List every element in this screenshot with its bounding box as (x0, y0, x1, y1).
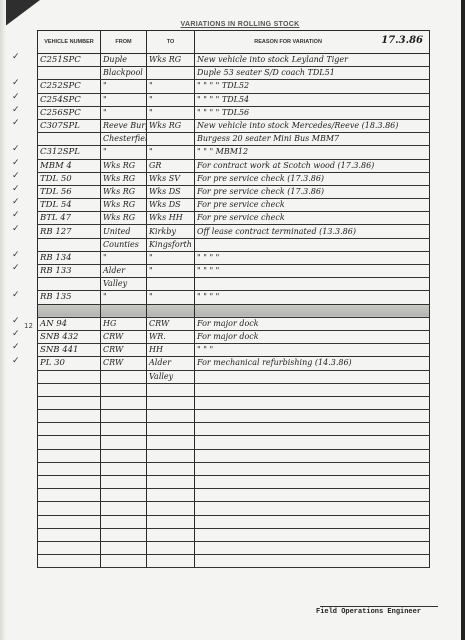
empty-cell (147, 476, 195, 489)
table-body: C251SPCDupleWks RGNew vehicle into stock… (38, 54, 430, 568)
table-row: RB 127UnitedKirkbyOff lease contract ter… (38, 225, 430, 238)
from-cell (101, 304, 147, 317)
empty-cell (195, 515, 430, 528)
vehicle-number-cell: MBM 4 (38, 159, 101, 172)
from-cell: Counties (101, 238, 147, 251)
to-cell: " (147, 291, 195, 304)
table-row: RB 134""" " " " (38, 251, 430, 264)
reason-cell: For major dock (195, 330, 430, 343)
empty-cell (38, 436, 101, 449)
empty-cell (101, 502, 147, 515)
check-mark-icon: ✓ (12, 290, 34, 300)
check-mark-icon: ✓ (12, 263, 34, 273)
table-row: TDL 56Wks RGWks DSFor pre service check … (38, 185, 430, 198)
check-mark-icon: ✓ (12, 329, 34, 339)
table-row: AN 94HGCRWFor major dock (38, 317, 430, 330)
reason-cell: New vehicle into stock Leyland Tiger (195, 54, 430, 67)
vehicle-number-cell: RB 133 (38, 265, 101, 278)
empty-cell (101, 528, 147, 541)
table-row: C254SPC""" " " " TDL54 (38, 93, 430, 106)
vehicle-number-cell: TDL 56 (38, 185, 101, 198)
vehicle-number-cell (38, 370, 101, 383)
empty-table-row (38, 541, 430, 554)
vehicle-number-cell: C307SPL (38, 119, 101, 132)
table-row: ChesterfieldBurgess 20 seater Mini Bus M… (38, 133, 430, 146)
empty-cell (38, 449, 101, 462)
to-cell: " (147, 251, 195, 264)
empty-cell (147, 515, 195, 528)
table-row: C252SPC""" " " " TDL52 (38, 80, 430, 93)
check-mark-icon: ✓ (12, 52, 34, 62)
to-cell: Wks HH (147, 212, 195, 225)
table-row: Valley (38, 370, 430, 383)
from-cell: Blackpool (101, 67, 147, 80)
vehicle-number-cell (38, 304, 101, 317)
from-cell: " (101, 80, 147, 93)
to-cell: " (147, 80, 195, 93)
empty-cell (195, 423, 430, 436)
to-cell: GR (147, 159, 195, 172)
empty-cell (101, 476, 147, 489)
empty-cell (101, 462, 147, 475)
to-cell: " (147, 106, 195, 119)
reason-cell: For pre service check (195, 212, 430, 225)
to-cell: Kirkby (147, 225, 195, 238)
check-mark-icon: ✓ (12, 105, 34, 115)
from-cell: CRW (101, 344, 147, 357)
to-cell (147, 67, 195, 80)
to-cell (147, 278, 195, 291)
check-mark-icon: ✓ (12, 184, 34, 194)
empty-cell (195, 396, 430, 409)
vehicle-number-cell: PL 30 (38, 357, 101, 370)
empty-cell (38, 515, 101, 528)
empty-table-row (38, 383, 430, 396)
vehicle-number-cell: SNB 441 (38, 344, 101, 357)
empty-cell (147, 436, 195, 449)
vehicle-number-cell: C252SPC (38, 80, 101, 93)
table-row: CountiesKingsforth (38, 238, 430, 251)
table-row: C312SPL""" " " MBM12 (38, 146, 430, 159)
empty-cell (38, 396, 101, 409)
check-mark-icon: ✓ (12, 197, 34, 207)
reason-cell: " " " " TDL56 (195, 106, 430, 119)
vehicle-number-cell: C254SPC (38, 93, 101, 106)
check-mark-icon: ✓ (12, 144, 34, 154)
from-cell: Reeve Burgess (101, 119, 147, 132)
empty-cell (147, 528, 195, 541)
vehicle-number-cell: BTL 47 (38, 212, 101, 225)
vehicle-number-cell: RB 135 (38, 291, 101, 304)
empty-cell (147, 502, 195, 515)
empty-table-row (38, 528, 430, 541)
vehicle-number-cell: RB 134 (38, 251, 101, 264)
to-cell: " (147, 265, 195, 278)
empty-cell (101, 410, 147, 423)
empty-cell (38, 502, 101, 515)
vehicle-number-cell: C312SPL (38, 146, 101, 159)
vehicle-number-cell: C251SPC (38, 54, 101, 67)
vehicle-number-cell (38, 133, 101, 146)
reason-cell: For major dock (195, 317, 430, 330)
empty-cell (195, 449, 430, 462)
reason-cell (195, 304, 430, 317)
from-cell: Wks RG (101, 199, 147, 212)
table-row: MBM 4Wks RGGRFor contract work at Scotch… (38, 159, 430, 172)
table-row (38, 304, 430, 317)
to-cell: Alder (147, 357, 195, 370)
column-header-reason: REASON FOR VARIATION 17.3.86 (195, 31, 430, 54)
table-row: PL 30CRWAlderFor mechanical refurbishing… (38, 357, 430, 370)
empty-table-row (38, 476, 430, 489)
margin-mark: 12 (24, 322, 33, 330)
table-row: SNB 441CRWHH" " " (38, 344, 430, 357)
from-cell: " (101, 251, 147, 264)
scan-edge-shadow (0, 0, 6, 640)
reason-cell: New vehicle into stock Mercedes/Reeve (1… (195, 119, 430, 132)
to-cell: Valley (147, 370, 195, 383)
reason-cell (195, 238, 430, 251)
to-cell: CRW (147, 317, 195, 330)
check-mark-icon: ✓ (12, 224, 34, 234)
check-mark-icon: ✓ (12, 92, 34, 102)
column-header-vehicle-number: VEHICLE NUMBER (38, 31, 101, 54)
empty-table-row (38, 502, 430, 515)
reason-cell (195, 370, 430, 383)
check-mark-icon: ✓ (12, 171, 34, 181)
to-cell: Wks SV (147, 172, 195, 185)
empty-cell (195, 436, 430, 449)
check-mark-icon: ✓ (12, 158, 34, 168)
reason-cell: For pre service check (17.3.86) (195, 185, 430, 198)
from-cell: CRW (101, 357, 147, 370)
column-header-from: FROM (101, 31, 147, 54)
from-cell: CRW (101, 330, 147, 343)
empty-cell (38, 410, 101, 423)
empty-cell (147, 541, 195, 554)
from-cell: Wks RG (101, 172, 147, 185)
reason-cell: For contract work at Scotch wood (17.3.8… (195, 159, 430, 172)
empty-table-row (38, 423, 430, 436)
signature-line (320, 606, 438, 607)
check-mark-icon: ✓ (12, 210, 34, 220)
vehicle-number-cell: AN 94 (38, 317, 101, 330)
empty-cell (147, 410, 195, 423)
variations-table: VEHICLE NUMBER FROM TO REASON FOR VARIAT… (37, 30, 430, 568)
to-cell: Wks RG (147, 54, 195, 67)
reason-cell: " " " " TDL52 (195, 80, 430, 93)
check-mark-icon: ✓ (12, 118, 34, 128)
reason-cell: " " " MBM12 (195, 146, 430, 159)
table-row: RB 133Alder"" " " " (38, 265, 430, 278)
to-cell: " (147, 146, 195, 159)
table-header-row: VEHICLE NUMBER FROM TO REASON FOR VARIAT… (38, 31, 430, 54)
vehicle-number-cell: C256SPC (38, 106, 101, 119)
empty-cell (147, 383, 195, 396)
scan-corner-shadow (0, 0, 40, 30)
empty-cell (38, 476, 101, 489)
empty-cell (38, 489, 101, 502)
empty-cell (38, 555, 101, 568)
table-row: Valley (38, 278, 430, 291)
empty-cell (195, 383, 430, 396)
empty-cell (101, 396, 147, 409)
empty-cell (38, 528, 101, 541)
reason-cell: " " " " (195, 265, 430, 278)
reason-cell: For mechanical refurbishing (14.3.86) (195, 357, 430, 370)
scan-right-edge (461, 0, 465, 640)
reason-cell: " " " " (195, 251, 430, 264)
empty-cell (101, 515, 147, 528)
empty-table-row (38, 515, 430, 528)
reason-cell: " " " (195, 344, 430, 357)
from-cell: " (101, 106, 147, 119)
empty-cell (195, 410, 430, 423)
to-cell (147, 133, 195, 146)
vehicle-number-cell (38, 67, 101, 80)
to-cell: Wks RG (147, 119, 195, 132)
to-cell: WR. (147, 330, 195, 343)
empty-cell (147, 423, 195, 436)
table-row: C307SPLReeve BurgessWks RGNew vehicle in… (38, 119, 430, 132)
to-cell: " (147, 93, 195, 106)
to-cell (147, 304, 195, 317)
reason-cell (195, 278, 430, 291)
table-row: BlackpoolDuple 53 seater S/D coach TDL51 (38, 67, 430, 80)
empty-table-row (38, 555, 430, 568)
empty-cell (195, 502, 430, 515)
table-row: C256SPC""" " " " TDL56 (38, 106, 430, 119)
empty-cell (101, 489, 147, 502)
from-cell: Valley (101, 278, 147, 291)
check-mark-icon: ✓ (12, 342, 34, 352)
empty-table-row (38, 410, 430, 423)
empty-cell (101, 541, 147, 554)
table-row: SNB 432CRWWR.For major dock (38, 330, 430, 343)
table-row: C251SPCDupleWks RGNew vehicle into stock… (38, 54, 430, 67)
empty-table-row (38, 462, 430, 475)
empty-cell (195, 555, 430, 568)
reason-cell: Burgess 20 seater Mini Bus MBM7 (195, 133, 430, 146)
check-mark-icon: ✓ (12, 250, 34, 260)
empty-cell (147, 555, 195, 568)
from-cell: Wks RG (101, 159, 147, 172)
empty-cell (101, 436, 147, 449)
vehicle-number-cell (38, 278, 101, 291)
reason-cell: " " " " TDL54 (195, 93, 430, 106)
vehicle-number-cell (38, 238, 101, 251)
reason-cell: For pre service check (195, 199, 430, 212)
table-row: RB 135""" " " " (38, 291, 430, 304)
empty-cell (101, 423, 147, 436)
from-cell: " (101, 146, 147, 159)
reason-header-label: REASON FOR VARIATION (254, 39, 322, 45)
from-cell: HG (101, 317, 147, 330)
from-cell: Alder (101, 265, 147, 278)
empty-cell (101, 449, 147, 462)
table-row: TDL 50Wks RGWks SVFor pre service check … (38, 172, 430, 185)
empty-table-row (38, 449, 430, 462)
reason-cell: For pre service check (17.3.86) (195, 172, 430, 185)
empty-cell (147, 449, 195, 462)
from-cell: " (101, 291, 147, 304)
reason-cell: Duple 53 seater S/D coach TDL51 (195, 67, 430, 80)
to-cell: Wks DS (147, 199, 195, 212)
vehicle-number-cell: TDL 50 (38, 172, 101, 185)
check-mark-icon: ✓ (12, 356, 34, 366)
empty-cell (38, 462, 101, 475)
empty-cell (38, 423, 101, 436)
empty-cell (147, 489, 195, 502)
vehicle-number-cell: RB 127 (38, 225, 101, 238)
empty-cell (101, 555, 147, 568)
empty-cell (195, 541, 430, 554)
empty-cell (38, 383, 101, 396)
from-cell: Chesterfield (101, 133, 147, 146)
empty-cell (147, 396, 195, 409)
column-header-to: TO (147, 31, 195, 54)
to-cell: HH (147, 344, 195, 357)
from-cell: Wks RG (101, 212, 147, 225)
header-date: 17.3.86 (381, 37, 423, 44)
empty-cell (195, 528, 430, 541)
empty-cell (195, 462, 430, 475)
empty-table-row (38, 436, 430, 449)
vehicle-number-cell: SNB 432 (38, 330, 101, 343)
empty-cell (195, 476, 430, 489)
rolling-stock-form: VEHICLE NUMBER FROM TO REASON FOR VARIAT… (37, 30, 430, 568)
from-cell: " (101, 93, 147, 106)
table-row: BTL 47Wks RGWks HHFor pre service check (38, 212, 430, 225)
vehicle-number-cell: TDL 54 (38, 199, 101, 212)
empty-table-row (38, 489, 430, 502)
to-cell: Wks DS (147, 185, 195, 198)
empty-cell (147, 462, 195, 475)
reason-cell: " " " " (195, 291, 430, 304)
from-cell (101, 370, 147, 383)
signature-label: Field Operations Engineer (316, 608, 421, 616)
from-cell: Wks RG (101, 185, 147, 198)
empty-cell (38, 541, 101, 554)
from-cell: United (101, 225, 147, 238)
empty-cell (195, 489, 430, 502)
from-cell: Duple (101, 54, 147, 67)
reason-cell: Off lease contract terminated (13.3.86) (195, 225, 430, 238)
document-title: VARIATIONS IN ROLLING STOCK (140, 21, 340, 28)
empty-cell (101, 383, 147, 396)
to-cell: Kingsforth (147, 238, 195, 251)
empty-table-row (38, 396, 430, 409)
table-row: TDL 54Wks RGWks DSFor pre service check (38, 199, 430, 212)
check-mark-icon: ✓ (12, 78, 34, 88)
